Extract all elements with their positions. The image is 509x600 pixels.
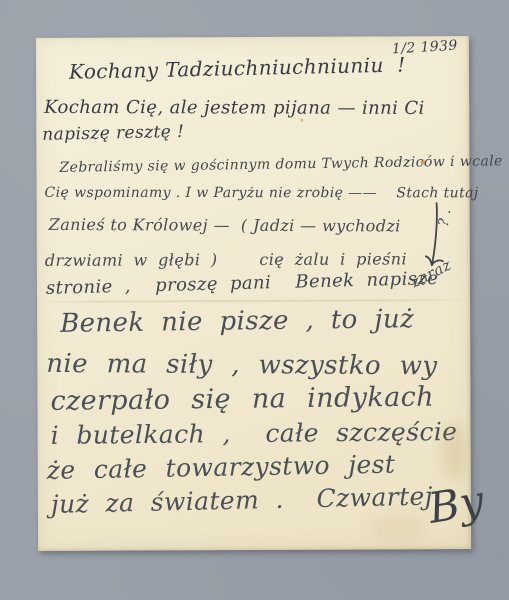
letter-line: nie ma siły , wszystko wy (46, 349, 437, 381)
letter-line: czerpało się na indykach (50, 382, 434, 417)
letter-line: Kocham Cię, ale jestem pijana — inni Ci (44, 97, 425, 119)
salutation-line: Kochany Tadziuchniuchniuniu ! (69, 52, 406, 83)
letter-line: napiszę resztę ! (42, 122, 184, 145)
letter-line: Cię wspominamy . I w Paryżu nie zrobię —… (45, 185, 479, 201)
ink-stain (300, 119, 303, 122)
letter-line: drzwiami w głębi ) cię żalu i pieśni (45, 249, 407, 270)
letter-paper: 1/2 1939 Kochany Tadziuchniuchniuniu ! K… (36, 36, 471, 551)
letter-line: już za światem . Czwartej (51, 482, 434, 519)
letter-line: że całe towarzystwo jest (47, 450, 396, 485)
letter-line: stronie , proszę pani Benek napisze (46, 268, 439, 299)
paper-stain (368, 514, 428, 540)
letter-line: Zanieś to Królowej — ( Jadzi — wychodzi (49, 215, 401, 236)
letter-line: Benek nie pisze , to już (60, 304, 414, 339)
letter-line: i butelkach , całe szczęście (50, 417, 457, 450)
signature: By (425, 476, 488, 533)
question-mark-note: ? . (436, 207, 455, 227)
letter-line: Zebraliśmy się w gościnnym domu Twych Ro… (59, 153, 503, 176)
paper-crease (37, 299, 470, 303)
